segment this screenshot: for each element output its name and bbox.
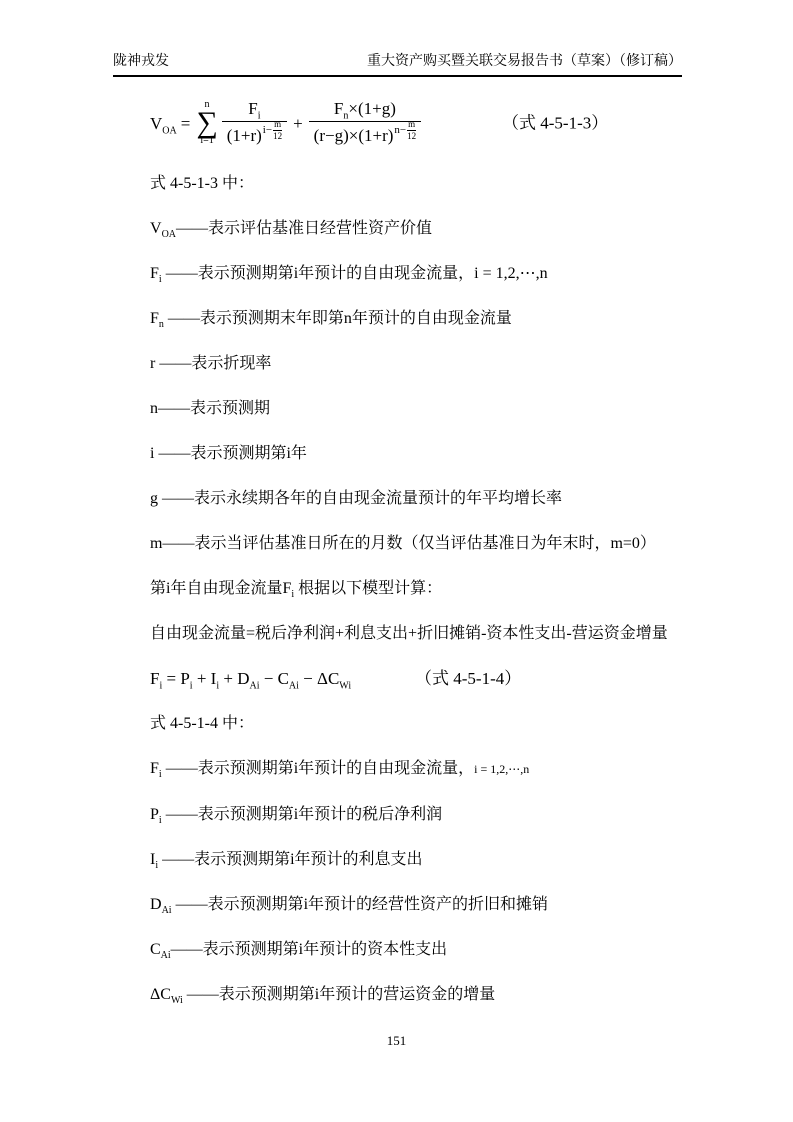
def-f-n: Fn ——表示预测期末年即第n年预计的自由现金流量 [150, 308, 684, 329]
para-formula-453-intro: 式 4-5-1-3 中： [150, 173, 684, 194]
equals-sign: = [181, 113, 191, 134]
def-v-oa: VOA——表示评估基准日经营性资产价值 [150, 218, 684, 239]
para-formula-454-intro: 式 4-5-1-4 中： [150, 713, 684, 734]
para-fcf-equation-text: 自由现金流量=税后净利润+利息支出+折旧摊销-资本性支出-营运资金增量 [150, 623, 684, 644]
def-g: g ——表示永续期各年的自由现金流量预计的年平均增长率 [150, 488, 684, 509]
exponent-2: n−m12 [394, 120, 416, 141]
plus-sign: + [293, 113, 303, 134]
document-page: 陇神戎发 重大资产购买暨关联交易报告书（草案）（修订稿） VOA = n ∑ i… [0, 0, 793, 1122]
def-i-i: Ii ——表示预测期第i年预计的利息支出 [150, 849, 684, 870]
def-n: n——表示预测期 [150, 398, 684, 419]
m-over-12-fraction: m12 [273, 120, 282, 141]
def-r: r ——表示折现率 [150, 353, 684, 374]
def-f-i: Fi ——表示预测期第i年预计的自由现金流量，i = 1,2,⋯,n [150, 263, 684, 284]
page-body: VOA = n ∑ i=1 Fi (1+r)i−m12 + Fn×(1+g) (… [150, 86, 684, 1029]
fraction-2: Fn×(1+g) (r−g)×(1+r)n−m12 [309, 98, 421, 149]
def-c-ai: CAi——表示预测期第i年预计的资本性支出 [150, 939, 684, 960]
def-d-ai: DAi ——表示预测期第i年预计的经营性资产的折旧和摊销 [150, 894, 684, 915]
header-right-text: 重大资产购买暨关联交易报告书（草案）（修订稿） [367, 50, 682, 70]
voa-term: VOA [150, 113, 177, 134]
formula-4-5-1-4: Fi = Pi + Ii + DAi − CAi − ΔCWi （式 4-5-1… [150, 668, 684, 689]
exponent-1: i−m12 [263, 120, 282, 141]
page-footer: 151 [0, 1033, 793, 1049]
page-number: 151 [387, 1033, 407, 1048]
header-left-text: 陇神戎发 [113, 50, 169, 70]
para-fi-model-intro: 第i年自由现金流量Fi 根据以下模型计算： [150, 578, 684, 599]
formula-4-5-1-4-math: Fi = Pi + Ii + DAi − CAi − ΔCWi [150, 669, 351, 688]
page-header: 陇神戎发 重大资产购买暨关联交易报告书（草案）（修订稿） [113, 50, 682, 77]
summation-symbol: n ∑ i=1 [196, 100, 217, 146]
def-delta-c-wi: ΔCWi ——表示预测期第i年预计的营运资金的增量 [150, 984, 684, 1005]
m-over-12-fraction: m12 [407, 120, 416, 141]
formula-label-4-5-1-4: （式 4-5-1-4） [415, 668, 521, 689]
formula-4-5-1-3-math: VOA = n ∑ i=1 Fi (1+r)i−m12 + Fn×(1+g) (… [150, 98, 423, 149]
formula-label-4-5-1-3: （式 4-5-1-3） [502, 113, 608, 134]
def-m: m——表示当评估基准日所在的月数（仅当评估基准日为年末时，m=0） [150, 533, 684, 554]
fraction-1: Fi (1+r)i−m12 [222, 98, 287, 149]
def-p-i: Pi ——表示预测期第i年预计的税后净利润 [150, 804, 684, 825]
def-i: i ——表示预测期第i年 [150, 443, 684, 464]
formula-4-5-1-3: VOA = n ∑ i=1 Fi (1+r)i−m12 + Fn×(1+g) (… [150, 86, 684, 160]
def-f-i-2: Fi ——表示预测期第i年预计的自由现金流量，i = 1,2,⋯,n [150, 758, 684, 780]
